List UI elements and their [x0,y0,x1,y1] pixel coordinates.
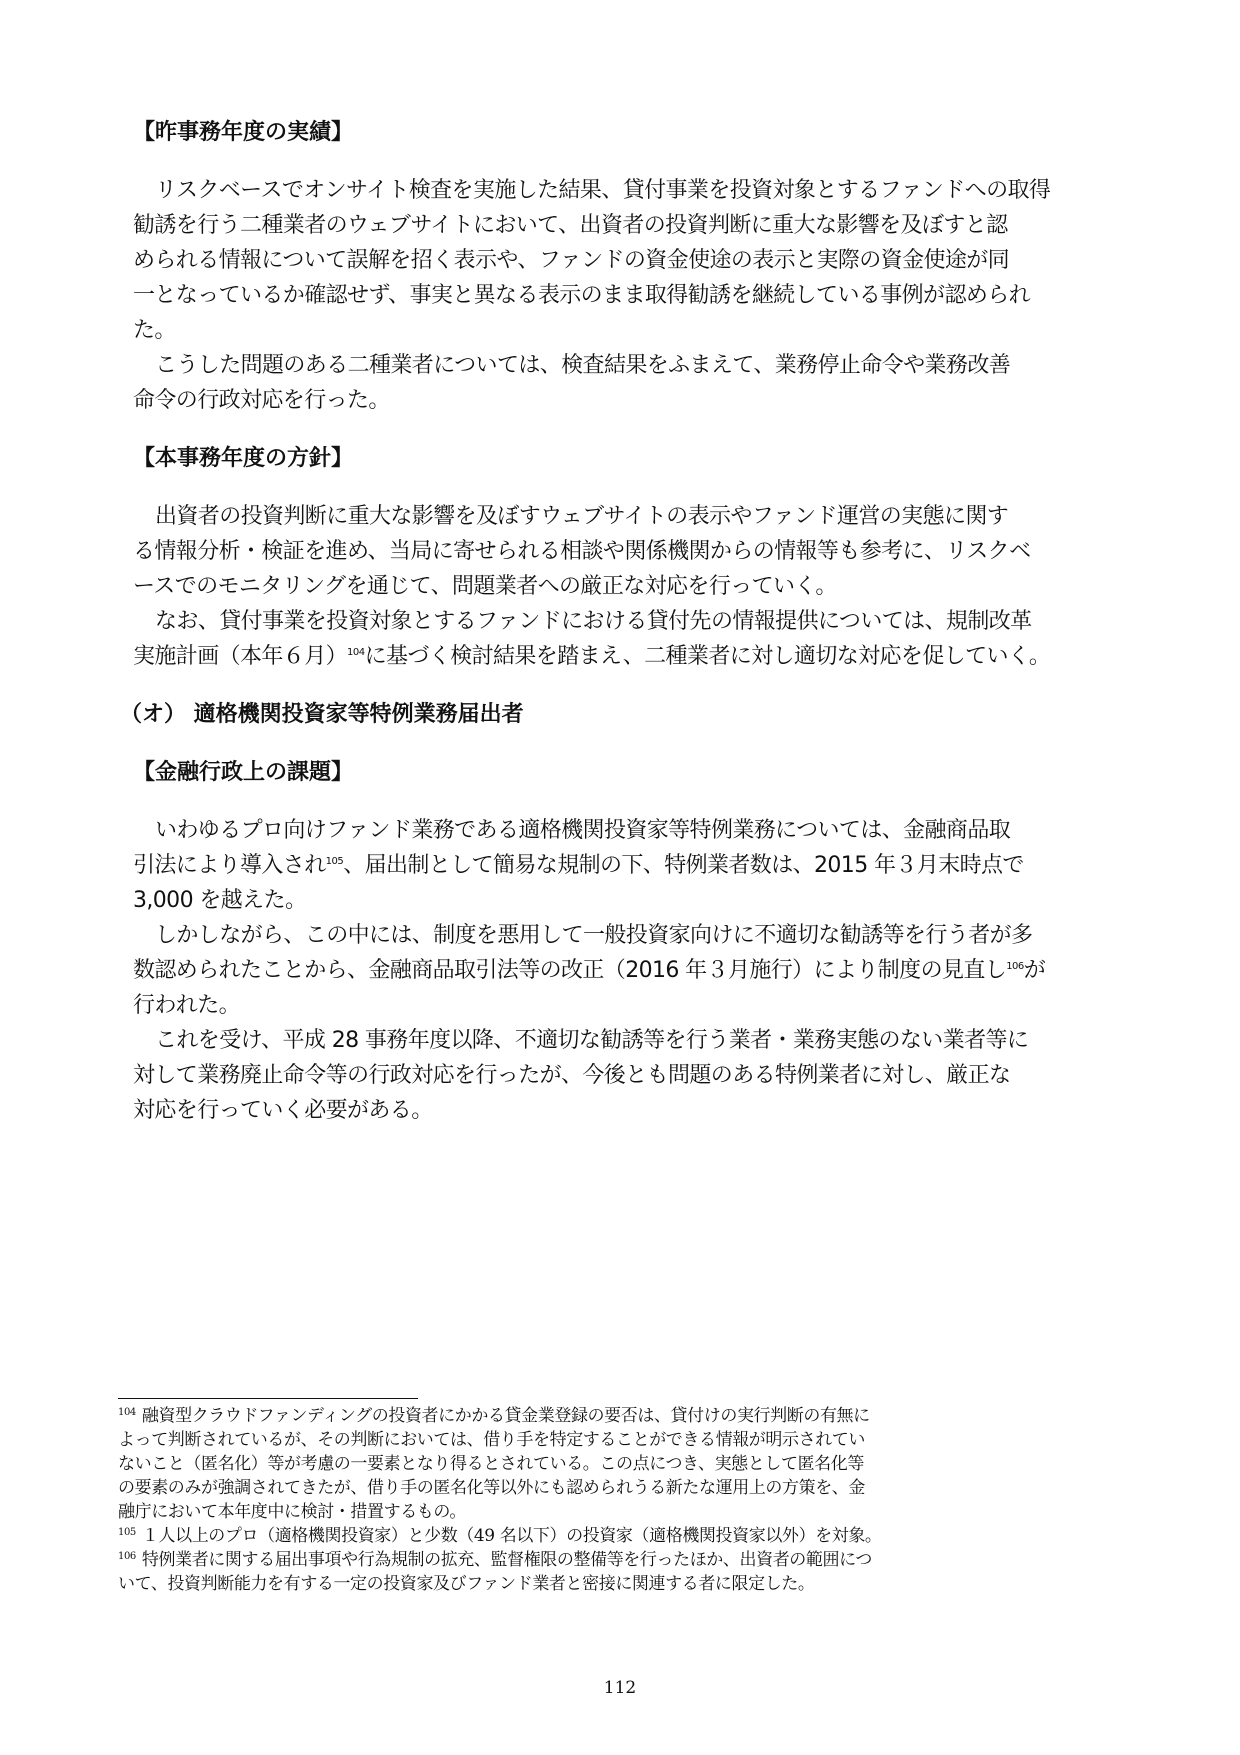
paragraph-line: 行われた。 [133,991,240,1021]
subsection-heading: （オ） 適格機関投資家等特例業務届出者 [120,700,524,730]
paragraph-line: いわゆるプロ向けファンド業務である適格機関投資家等特例業務については、金融商品取 [155,816,1010,846]
paragraph-line: められる情報について誤解を招く表示や、ファンドの資金使途の表示と実際の資金使途が… [133,246,1009,276]
paragraph-line: 命令の行政対応を行った。 [133,386,390,416]
text-segment: 実施計画（本年６月） [133,644,347,669]
footnote-number: 106 [118,1551,136,1562]
footnote-106-line: 106特例業者に関する届出事項や行為規制の拡充、監督権限の整備等を行ったほか、出… [118,1548,872,1572]
paragraph-line: しかしながら、この中には、制度を悪用して一般投資家向けに不適切な勧誘等を行う者が… [155,921,1032,951]
heading-this-year-policy: 【本事務年度の方針】 [133,444,353,474]
paragraph-line: ースでのモニタリングを通じて、問題業者への厳正な対応を行っていく。 [133,572,837,602]
footnote-104-line: ないこと（匿名化）等が考慮の一要素となり得るとされている。この点につき、実態とし… [118,1452,864,1476]
paragraph-line: こうした問題のある二種業者については、検査結果をふまえて、業務停止命令や業務改善 [155,351,1010,381]
footnote-number: 105 [118,1527,136,1538]
text-segment: に基づく検討結果を踏まえ、二種業者に対し適切な対応を促していく。 [365,644,1051,669]
page-number: 112 [0,1678,1240,1698]
footnote-text: １人以上のプロ（適格機関投資家）と少数（49 名以下）の投資家（適格機関投資家以… [142,1526,882,1546]
paragraph-line: 出資者の投資判断に重大な影響を及ぼすウェブサイトの表示やファンド運営の実態に関す [155,502,1008,532]
footnote-text: 特例業者に関する届出事項や行為規制の拡充、監督権限の整備等を行ったほか、出資者の… [142,1550,872,1570]
footnote-ref-104[interactable]: 104 [347,647,365,658]
footnote-ref-106[interactable]: 106 [1006,961,1024,972]
paragraph-line: なお、貸付事業を投資対象とするファンドにおける貸付先の情報提供については、規制改… [155,607,1032,637]
footnote-104-line: よって判断されているが、その判断においては、借り手を特定することができる情報が明… [118,1428,865,1452]
text-segment: 引法により導入され [133,853,326,878]
paragraph-line: 引法により導入され105、届出制として簡易な規制の下、特例業者数は、2015 年… [133,851,1024,881]
paragraph-line: これを受け、平成 28 事務年度以降、不適切な勧誘等を行う業者・業務実態のない業… [155,1026,1028,1056]
footnote-106-line: いて、投資判断能力を有する一定の投資家及びファンド業者と密接に関連する者に限定し… [118,1572,815,1596]
paragraph-line: 実施計画（本年６月）104に基づく検討結果を踏まえ、二種業者に対し適切な対応を促… [133,642,1050,672]
footnote-104-line: 104融資型クラウドファンディングの投資者にかかる貸金業登録の要否は、貸付けの実… [118,1404,870,1428]
footnote-text: 融資型クラウドファンディングの投資者にかかる貸金業登録の要否は、貸付けの実行判断… [142,1406,870,1426]
paragraph-line: る情報分析・検証を進め、当局に寄せられる相談や関係機関からの情報等も参考に、リス… [133,537,1030,567]
text-segment: 数認められたことから、金融商品取引法等の改正（2016 年３月施行）により制度の… [133,958,1006,983]
text-segment: が [1024,958,1045,983]
footnote-ref-105[interactable]: 105 [326,856,344,867]
heading-last-year-results: 【昨事務年度の実績】 [133,118,353,148]
paragraph-line: た。 [133,316,176,346]
paragraph-line: 勧誘を行う二種業者のウェブサイトにおいて、出資者の投資判断に重大な影響を及ぼすと… [133,211,1008,241]
text-segment: 、届出制として簡易な規制の下、特例業者数は、2015 年３月末時点で [343,853,1024,878]
document-page: 【昨事務年度の実績】 リスクベースでオンサイト検査を実施した結果、貸付事業を投資… [0,0,1240,1755]
paragraph-line: 3,000 を越えた。 [133,886,306,916]
footnote-104-line: 融庁において本年度中に検討・措置するもの。 [118,1500,466,1524]
paragraph-line: リスクベースでオンサイト検査を実施した結果、貸付事業を投資対象とするファンドへの… [155,176,1050,206]
footnote-number: 104 [118,1407,136,1418]
paragraph-line: 数認められたことから、金融商品取引法等の改正（2016 年３月施行）により制度の… [133,956,1045,986]
heading-financial-issues: 【金融行政上の課題】 [133,758,353,788]
paragraph-line: 対して業務廃止命令等の行政対応を行ったが、今後とも問題のある特例業者に対し、厳正… [133,1061,1010,1091]
paragraph-line: 一となっているか確認せず、事実と異なる表示のまま取得勧誘を継続している事例が認め… [133,281,1030,311]
footnote-104-line: の要素のみが強調されてきたが、借り手の匿名化等以外にも認められうる新たな運用上の… [118,1476,865,1500]
footnote-separator [118,1398,418,1399]
paragraph-line: 対応を行っていく必要がある。 [133,1096,433,1126]
footnote-105-line: 105１人以上のプロ（適格機関投資家）と少数（49 名以下）の投資家（適格機関投… [118,1524,882,1548]
